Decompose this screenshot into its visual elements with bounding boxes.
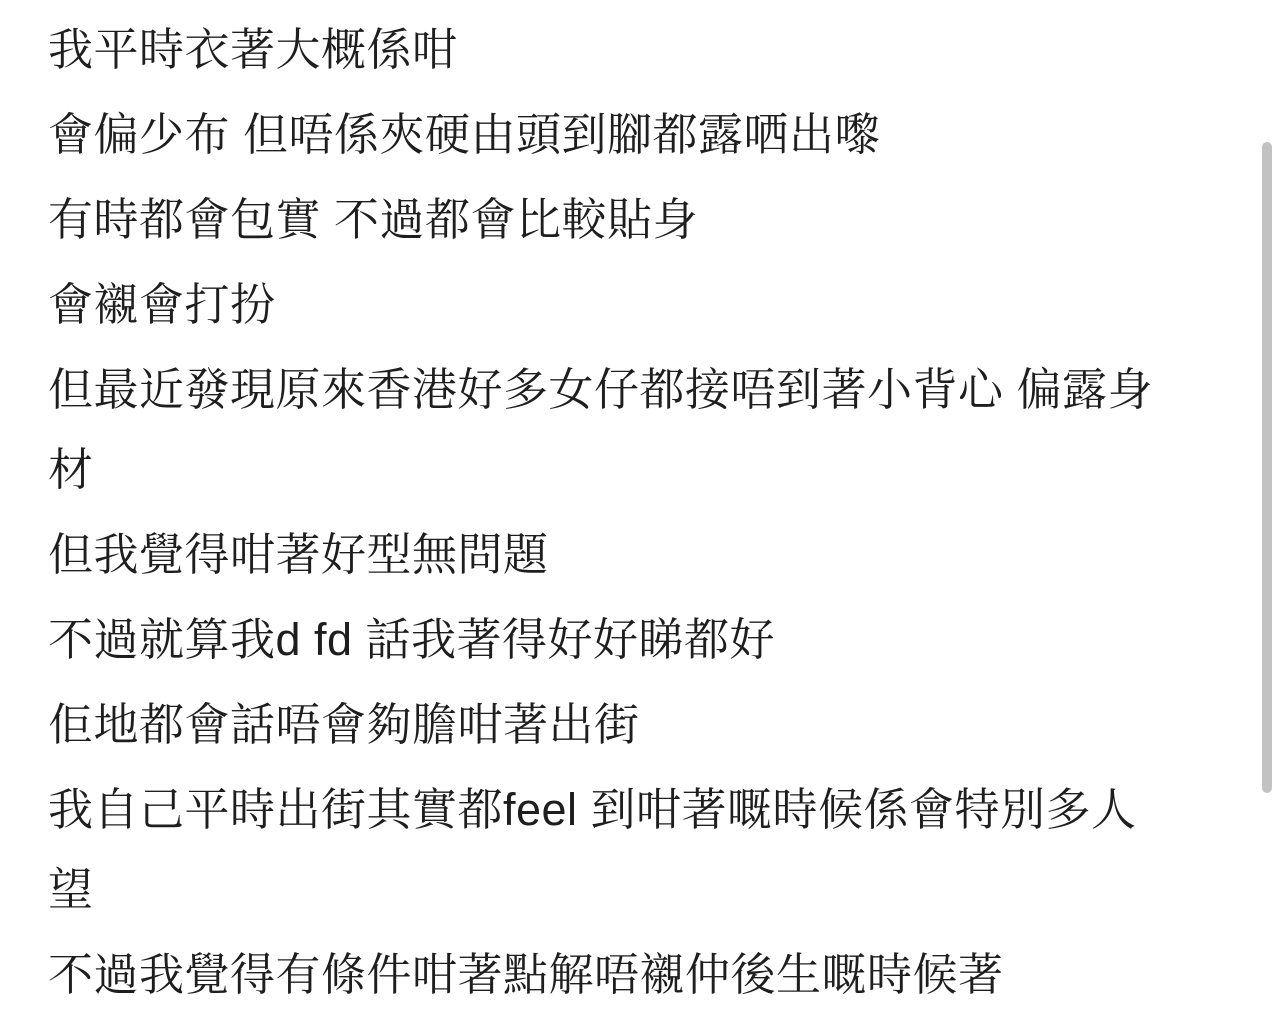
post-line: 有時都會包實 不過都會比較貼身	[48, 180, 1214, 260]
paragraph: 有時都會包實 不過都會比較貼身	[48, 180, 1214, 260]
paragraph: 不過我覺得有條件咁著點解唔襯仲後生嘅時候著	[48, 935, 1214, 1015]
post-line: 會襯會打扮	[48, 265, 1214, 345]
paragraph: 佢地都會話唔會夠膽咁著出街	[48, 685, 1214, 765]
post-body: 我平時衣著大概係咁 會偏少布 但唔係夾硬由頭到腳都露哂出嚟 有時都會包實 不過都…	[48, 10, 1214, 1015]
post-line: 但我覺得咁著好型無問題	[48, 515, 1214, 595]
paragraph: 但最近發現原來香港好多女仔都接唔到著小背心 偏露身 材	[48, 350, 1214, 510]
post-line: 我自己平時出街其實都feel 到咁著嘅時候係會特別多人	[48, 770, 1214, 850]
post-line: 材	[48, 430, 1214, 510]
post-line: 但最近發現原來香港好多女仔都接唔到著小背心 偏露身	[48, 350, 1214, 430]
post-line: 不過就算我d fd 話我著得好好睇都好	[48, 600, 1214, 680]
post-line: 望	[48, 850, 1214, 930]
paragraph: 會襯會打扮	[48, 265, 1214, 345]
post-line: 佢地都會話唔會夠膽咁著出街	[48, 685, 1214, 765]
paragraph: 我平時衣著大概係咁	[48, 10, 1214, 90]
post-line: 不過我覺得有條件咁著點解唔襯仲後生嘅時候著	[48, 935, 1214, 1015]
paragraph: 我自己平時出街其實都feel 到咁著嘅時候係會特別多人 望	[48, 770, 1214, 930]
scrollbar-thumb[interactable]	[1262, 142, 1272, 793]
paragraph: 但我覺得咁著好型無問題	[48, 515, 1214, 595]
paragraph: 不過就算我d fd 話我著得好好睇都好	[48, 600, 1214, 680]
paragraph: 會偏少布 但唔係夾硬由頭到腳都露哂出嚟	[48, 95, 1214, 175]
post-line: 會偏少布 但唔係夾硬由頭到腳都露哂出嚟	[48, 95, 1214, 175]
post-line: 我平時衣著大概係咁	[48, 10, 1214, 90]
